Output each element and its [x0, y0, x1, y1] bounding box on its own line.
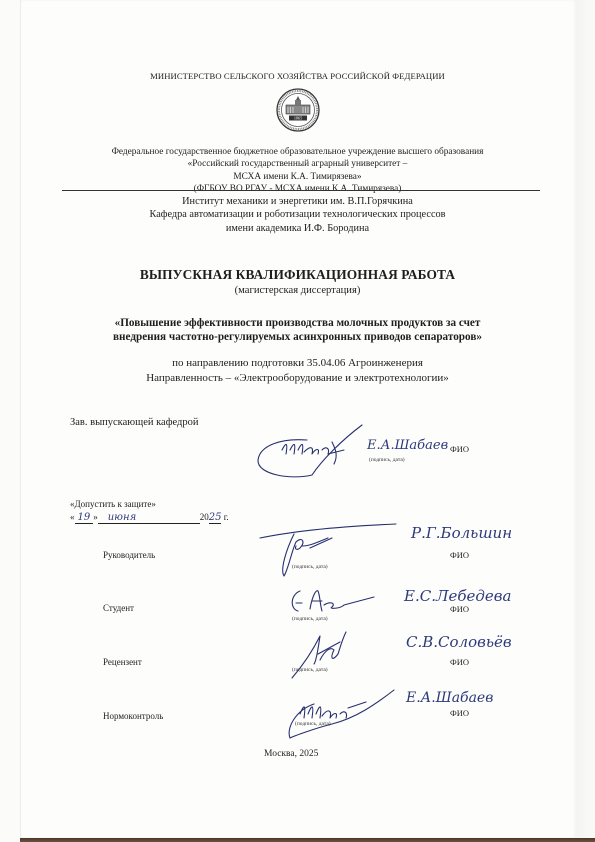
standards-control-label: Нормоконтроль [103, 711, 163, 721]
standards-control-sign-caption: (подпись, дата) [295, 721, 331, 727]
supervisor-label: Руководитель [103, 550, 155, 560]
student-label: Студент [103, 603, 134, 613]
date-year-suffix: 25 [209, 512, 222, 524]
standards-control-fio-label: ФИО [450, 708, 469, 718]
institution-line: МСХА имени К.А. Тимирязева» [0, 171, 595, 183]
study-focus: Направленность – «Электрооборудование и … [0, 371, 595, 386]
reviewer-handwritten-name: С.В.Соловьёв [406, 633, 512, 651]
head-of-department-label: Зав. выпускающей кафедрой [70, 417, 199, 428]
date-open-quote: « [70, 512, 75, 522]
institution-block: Федеральное государственное бюджетное об… [0, 146, 595, 195]
admission-label: «Допустить к защите» [70, 499, 156, 509]
supervisor-sign-caption: (подпись, дата) [292, 564, 328, 570]
student-sign-caption: (подпись, дата) [292, 616, 328, 622]
reviewer-label: Рецензент [103, 657, 142, 667]
thesis-topic-line: внедрения частотно-регулируемых асинхрон… [0, 330, 595, 344]
svg-text:1865: 1865 [294, 116, 302, 121]
city-year: Москва, 2025 [264, 749, 318, 759]
department-block: Институт механики и энергетики им. В.П.Г… [0, 195, 595, 235]
reviewer-fio-label: ФИО [450, 657, 469, 667]
date-month: июня [98, 512, 200, 524]
reviewer-sign-caption: (подпись, дата) [292, 667, 328, 673]
head-fio-label: ФИО [450, 444, 469, 454]
document-title: ВЫПУСКНАЯ КВАЛИФИКАЦИОННАЯ РАБОТА [0, 267, 595, 283]
institute-name: Институт механики и энергетики им. В.П.Г… [0, 195, 595, 208]
date-day: 19 [75, 512, 94, 524]
supervisor-fio-label: ФИО [450, 550, 469, 560]
date-year-unit: г. [224, 512, 229, 522]
thesis-topic-line: «Повышение эффективности производства мо… [0, 316, 595, 330]
standards-control-handwritten-name: Е.А.Шабаев [406, 690, 493, 706]
supervisor-signature [258, 520, 398, 580]
department-name: Кафедра автоматизации и роботизации техн… [0, 208, 595, 221]
head-sign-caption: (подпись, дата) [369, 457, 405, 463]
institution-line: «Российский государственный аграрный уни… [0, 158, 595, 170]
thesis-topic: «Повышение эффективности производства мо… [0, 316, 595, 345]
student-fio-label: ФИО [450, 604, 469, 614]
document-subtitle: (магистерская диссертация) [0, 285, 595, 296]
head-signature [252, 420, 372, 480]
header-divider [62, 190, 540, 191]
page-bottom-edge [20, 838, 595, 842]
university-emblem-icon: 1865 [276, 88, 320, 132]
student-handwritten-name: Е.С.Лебедева [404, 587, 511, 605]
page-edge-shadow [576, 0, 595, 842]
standards-control-signature [286, 688, 396, 742]
study-direction-block: по направлению подготовки 35.04.06 Агрои… [0, 356, 595, 385]
admission-date: «19»июня2025 г. [70, 512, 270, 524]
head-handwritten-name: Е.А.Шабаев [367, 438, 448, 453]
supervisor-handwritten-name: Р.Г.Большин [411, 524, 512, 542]
study-direction: по направлению подготовки 35.04.06 Агрои… [0, 356, 595, 371]
date-year-prefix: 20 [200, 512, 209, 522]
department-name-cont: имени академика И.Ф. Бородина [0, 222, 595, 235]
institution-line: Федеральное государственное бюджетное об… [0, 146, 595, 158]
ministry-name: МИНИСТЕРСТВО СЕЛЬСКОГО ХОЗЯЙСТВА РОССИЙС… [0, 71, 595, 81]
